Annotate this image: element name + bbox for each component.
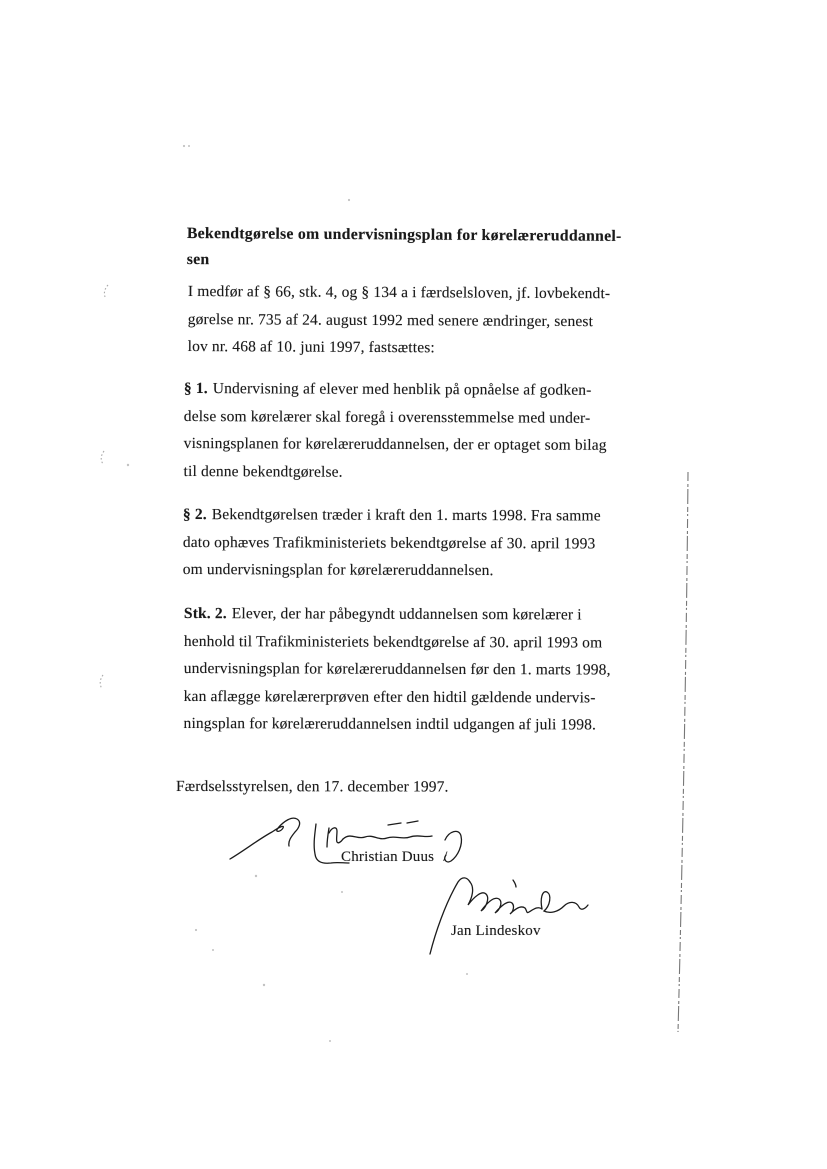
text-line: ningsplan for kørelæreruddannelsen indti…	[184, 710, 611, 739]
text-line: til denne bekendtgørelse.	[184, 458, 607, 487]
intro-paragraph: I medfør af § 66, stk. 4, og § 134 a i f…	[188, 278, 611, 363]
section-1-paragraph: § 1.Undervisning af elever med henblik p…	[184, 375, 607, 487]
stk-2-label: Stk. 2.	[184, 605, 227, 622]
text-line: Bekendtgørelsen træder i kraft den 1. ma…	[212, 506, 601, 524]
text-line: Færdselsstyrelsen, den 17. december 1997…	[176, 773, 449, 801]
text-line: dato ophæves Trafikministeriets bekendtg…	[183, 529, 601, 558]
date-line: Færdselsstyrelsen, den 17. december 1997…	[176, 773, 449, 801]
text-line: gørelse nr. 735 af 24. august 1992 med s…	[188, 306, 610, 336]
text-line: delse som kørelærer skal foregå i overen…	[184, 403, 607, 432]
text-line: Christian Duus	[341, 849, 434, 865]
stk-2-paragraph: Stk. 2.Elever, der har påbegyndt uddanne…	[184, 600, 611, 739]
text-line: Jan Lindeskov	[451, 923, 541, 939]
section-2-label: § 2.	[183, 506, 207, 523]
document-scan-page: Bekendtgørelse om undervisningsplan for …	[0, 0, 827, 1169]
text-line: om undervisningsplan for kørelæreruddann…	[183, 556, 601, 585]
section-1-label: § 1.	[184, 380, 208, 397]
text-line: lov nr. 468 af 10. juni 1997, fastsættes…	[188, 333, 610, 363]
text-line: visningsplanen for kørelæreruddannelsen,…	[184, 430, 607, 459]
margin-speck	[100, 285, 108, 689]
text-line: Elever, der har påbegyndt uddannelsen so…	[232, 605, 582, 623]
title-line-2: sen	[187, 247, 622, 276]
section-2-paragraph: § 2.Bekendtgørelsen træder i kraft den 1…	[183, 501, 601, 585]
text-line: kan aflægge kørelærerprøven efter den hi…	[184, 683, 611, 712]
signature-slash-mark: /	[443, 849, 447, 865]
text-line: undervisningsplan for kørelæreruddannels…	[184, 655, 611, 684]
signature-2-printed-name: Jan Lindeskov	[451, 923, 541, 940]
jan-lindeskov-signature	[420, 868, 590, 960]
text-line: Stk. 2.Elever, der har påbegyndt uddanne…	[184, 600, 611, 629]
text-line: § 2.Bekendtgørelsen træder i kraft den 1…	[183, 501, 601, 530]
title-line-1: Bekendtgørelse om undervisningsplan for …	[187, 221, 622, 250]
text-line: Undervisning af elever med henblik på op…	[213, 380, 592, 399]
document-title: Bekendtgørelse om undervisningsplan for …	[187, 221, 622, 276]
right-edge-scan-line	[678, 472, 688, 1032]
text-line: § 1.Undervisning af elever med henblik p…	[184, 375, 607, 404]
text-line: I medfør af § 66, stk. 4, og § 134 a i f…	[188, 278, 610, 308]
text-line: henhold til Trafikministeriets bekendtgø…	[184, 628, 611, 657]
signature-1-printed-name: Christian Duus/	[341, 849, 448, 866]
